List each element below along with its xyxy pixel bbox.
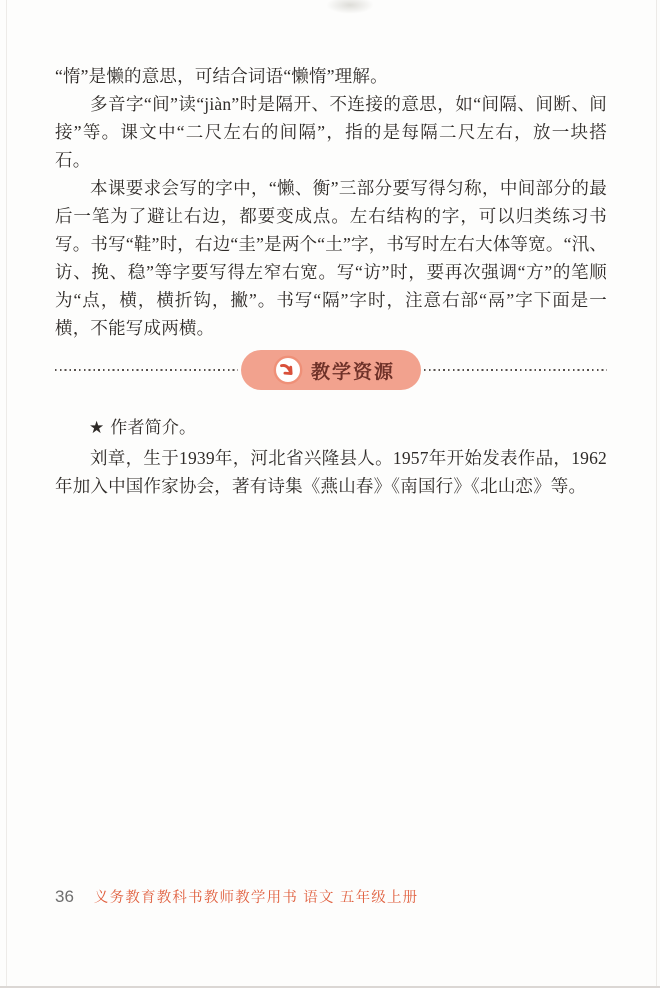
paragraph-polyphone-jian: 多音字“间”读“jiàn”时是隔开、不连接的意思，如“间隔、间断、间接”等。课文… — [55, 90, 607, 174]
curved-arrow-down-right-icon — [273, 355, 303, 385]
dotted-leader-left — [55, 369, 238, 371]
paragraph-writing-guidance: 本课要求会写的字中，“懒、衡”三部分要写得匀称，中间部分的最后一笔为了避让右边，… — [55, 174, 607, 342]
section-banner-row: 教学资源 — [55, 350, 607, 390]
author-bio-paragraph: 刘章，生于1939年，河北省兴隆县人。1957年开始发表作品，1962年加入中国… — [55, 444, 607, 500]
page-footer: 36 义务教育教科书教师教学用书 语文 五年级上册 — [55, 886, 418, 907]
dotted-leader-right — [424, 369, 607, 371]
page-content: “惰”是懒的意思，可结合词语“懒惰”理解。 多音字“间”读“jiàn”时是隔开、… — [55, 62, 607, 500]
author-heading-line: ★作者简介。 — [55, 414, 607, 442]
page-number: 36 — [55, 887, 74, 907]
textbook-page: “惰”是懒的意思，可结合词语“懒惰”理解。 多音字“间”读“jiàn”时是隔开、… — [0, 0, 660, 988]
paragraph-duo-meaning: “惰”是懒的意思，可结合词语“懒惰”理解。 — [55, 62, 607, 90]
page-edge-left — [6, 0, 7, 988]
section-banner: 教学资源 — [241, 350, 421, 390]
footer-book-title: 义务教育教科书教师教学用书 语文 五年级上册 — [94, 886, 418, 907]
section-banner-label: 教学资源 — [311, 357, 395, 384]
scan-smudge — [326, 0, 374, 14]
author-heading: 作者简介。 — [110, 418, 196, 437]
star-bullet: ★ — [89, 418, 110, 437]
page-edge-right — [656, 0, 657, 988]
